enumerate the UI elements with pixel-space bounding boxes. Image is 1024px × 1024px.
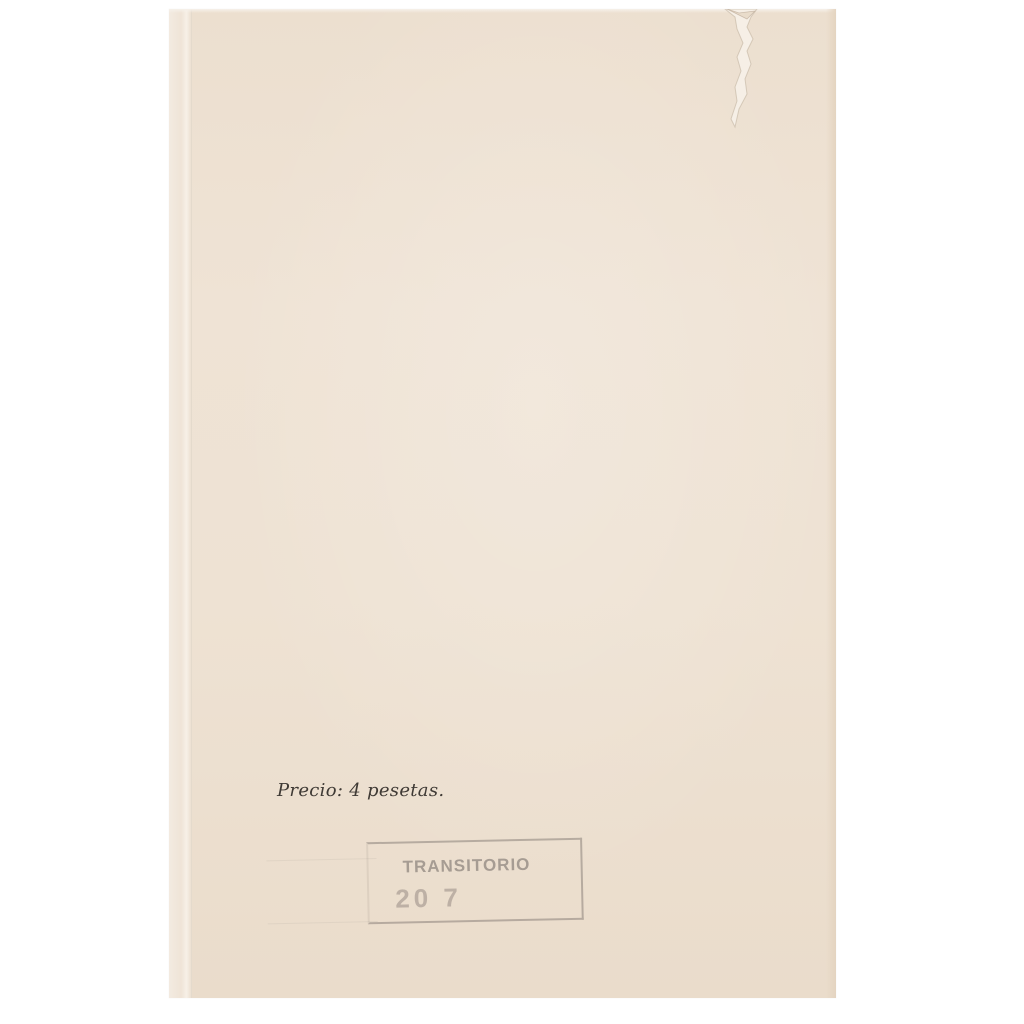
torn-paper-icon bbox=[717, 9, 787, 129]
book-back-cover: Precio: 4 pesetas. TRANSITORIO 20 7 bbox=[169, 9, 836, 998]
library-stamp: TRANSITORIO 20 7 bbox=[266, 832, 588, 939]
photo-stage: Precio: 4 pesetas. TRANSITORIO 20 7 bbox=[0, 0, 1024, 1024]
spine-fold bbox=[169, 9, 192, 998]
stamp-text-line1: TRANSITORIO bbox=[402, 855, 530, 878]
stamp-text-line2: 20 7 bbox=[395, 882, 462, 914]
right-edge bbox=[826, 9, 836, 998]
stamp-ghost-mark bbox=[266, 858, 377, 924]
price-label: Precio: 4 pesetas. bbox=[277, 780, 444, 801]
